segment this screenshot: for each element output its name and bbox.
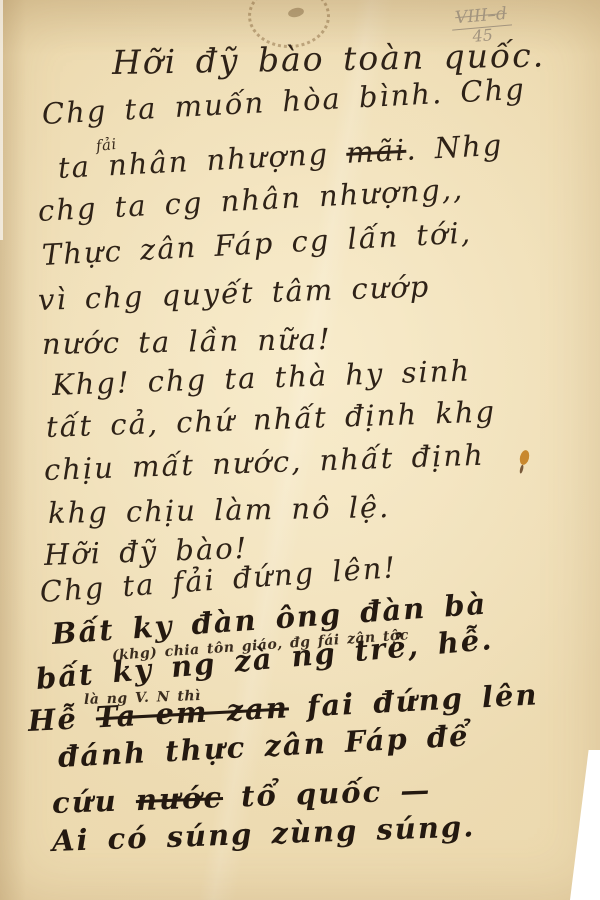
handwritten-line: Ai có súng zùng súng.: [51, 812, 475, 856]
manuscript-text: Hỡi đỹ bào toàn quốc.Chg ta muốn hòa bìn…: [0, 0, 600, 900]
handwritten-line: chịu mất nước, nhất định: [43, 441, 485, 485]
scanned-page: VIII–d 45 Hỡi đỹ bào toàn quốc.Chg ta mu…: [0, 0, 600, 900]
handwritten-line: tất cả, chứ nhất định khg: [45, 397, 496, 442]
text-segment: cứu: [51, 783, 136, 820]
handwritten-line: khg chịu làm nô lệ.: [48, 493, 391, 528]
handwritten-line: Hỡi đỹ bào toàn quốc.: [112, 38, 546, 79]
text-segment: . Nhg: [405, 128, 504, 167]
handwritten-line: nước ta lần nữa!: [42, 325, 332, 359]
text-segment: chịu mất nước, nhất định: [43, 438, 485, 487]
text-segment: Hễ: [27, 700, 97, 738]
text-segment: fai đứng lên: [288, 677, 539, 724]
handwritten-line: vì chg quyết tâm cướp: [37, 272, 430, 315]
text-segment: Khg! chg ta thà hy sinh: [51, 353, 471, 402]
handwritten-line: Chg ta muốn hòa bình. Chg: [41, 75, 526, 129]
text-segment: khg chịu làm nô lệ.: [48, 490, 391, 530]
text-segment: tổ quốc —: [222, 773, 431, 814]
paper-sheet: VIII–d 45 Hỡi đỹ bào toàn quốc.Chg ta mu…: [0, 0, 600, 900]
handwritten-line: Khg! chg ta thà hy sinh: [51, 356, 471, 400]
text-segment: tất cả, chứ nhất định khg: [45, 394, 496, 444]
handwritten-line: Thực zân Fáp cg lấn tới,: [41, 218, 472, 269]
handwritten-line: cứu nước tổ quốc —: [51, 776, 431, 818]
struck-through-word: nước: [135, 780, 223, 817]
struck-through-word: mãi: [345, 133, 407, 170]
text-segment: nước ta lần nữa!: [42, 322, 332, 361]
text-segment: vì chg quyết tâm cướp: [37, 269, 430, 317]
